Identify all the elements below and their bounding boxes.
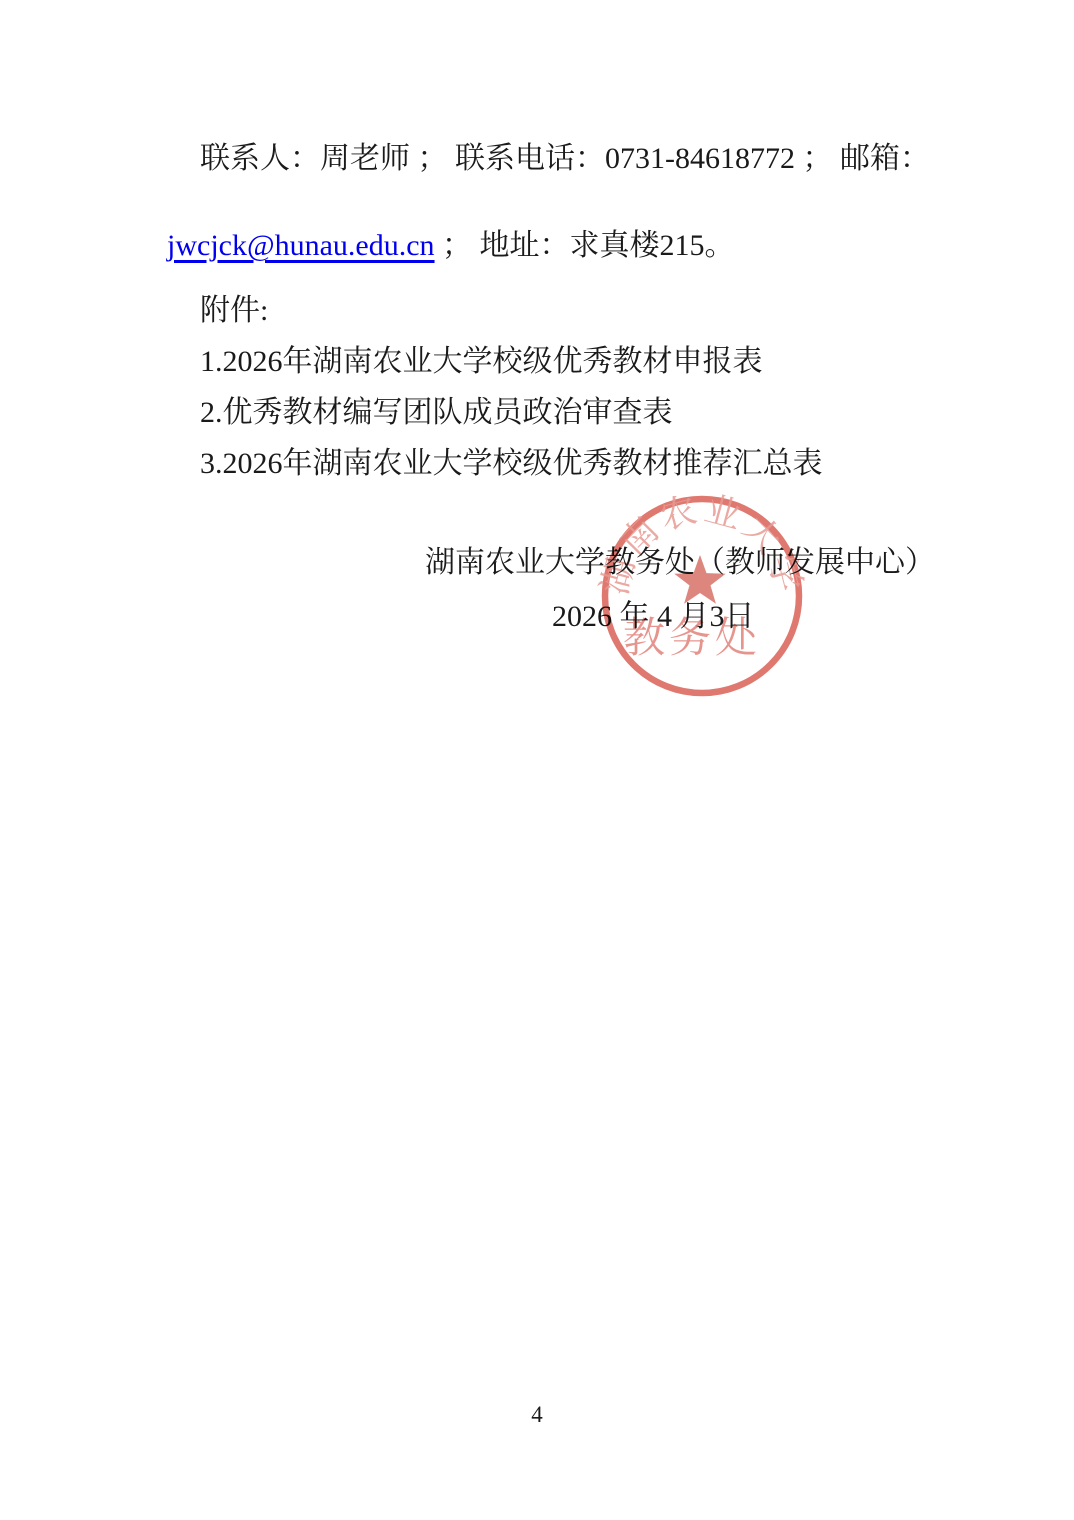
official-seal: 湖南农业大学 教务处 <box>596 490 808 702</box>
attachment-item: 3.2026年湖南农业大学校级优秀教材推荐汇总表 <box>200 446 823 482</box>
document-page: 联系人：周老师 ； 联系电话：0731-84618772 ； 邮箱： jwcjc… <box>0 0 1074 1520</box>
attachment-item: 2.优秀教材编写团队成员政治审查表 <box>200 395 673 431</box>
signature-date: 2026 年 4 月3日 <box>552 599 755 635</box>
email-link[interactable]: jwcjck@hunau.edu.cn <box>167 229 435 262</box>
attachments-label: 附件: <box>200 293 268 329</box>
seal-ring-icon <box>605 499 799 693</box>
contact-info-line2: jwcjck@hunau.edu.cn ； 地址：求真楼215。 <box>137 192 735 300</box>
signature-organization: 湖南农业大学教务处（教师发展中心） <box>425 545 935 581</box>
contact-info-line1: 联系人：周老师 ； 联系电话：0731-84618772 ； 邮箱： <box>200 141 930 177</box>
page-number: 4 <box>0 1402 1074 1428</box>
contact-info-line2-rest: ； 地址：求真楼215。 <box>435 229 735 262</box>
attachment-item: 1.2026年湖南农业大学校级优秀教材申报表 <box>200 344 763 380</box>
